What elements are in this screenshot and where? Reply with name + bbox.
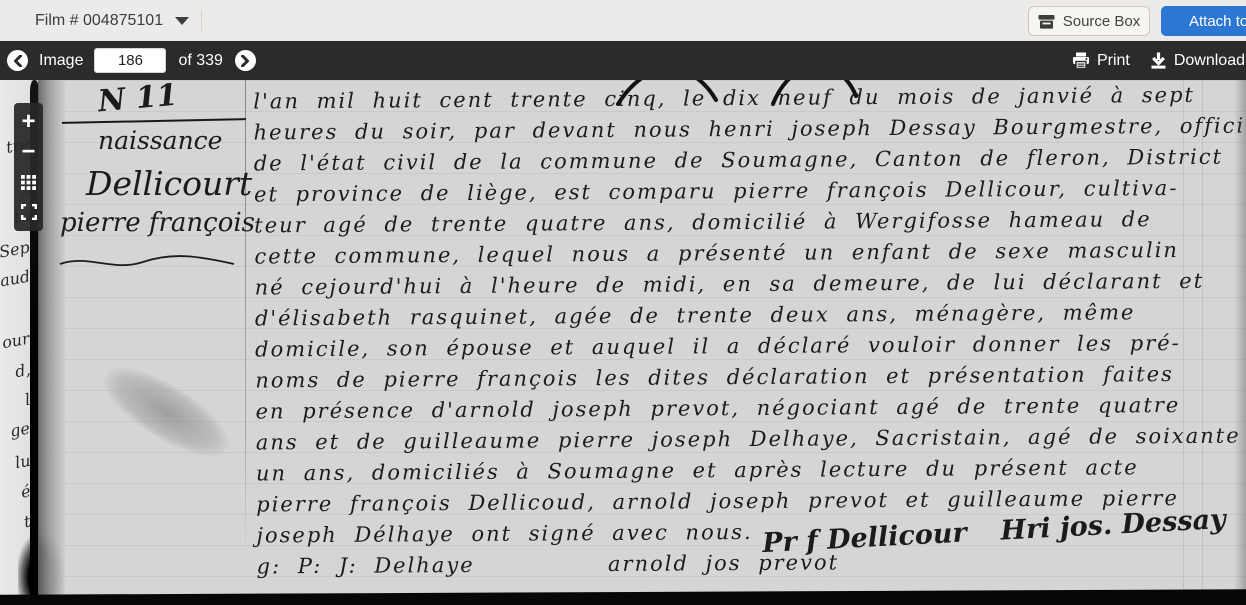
edge-fragment: ge bbox=[9, 418, 32, 440]
download-icon bbox=[1150, 52, 1167, 69]
margin-rule-line bbox=[62, 118, 246, 124]
attach-to-label: Attach to bbox=[1189, 13, 1246, 30]
record-line: g: P: J: Delhaye arnold jos prevot bbox=[257, 545, 1245, 583]
fullscreen-button[interactable] bbox=[14, 197, 43, 227]
edge-fragment: our bbox=[1, 329, 31, 353]
act-number: N 11 bbox=[97, 80, 179, 119]
minus-icon: − bbox=[21, 140, 35, 164]
download-label: Download bbox=[1174, 52, 1245, 70]
source-box-icon bbox=[1038, 14, 1055, 29]
next-image-button[interactable] bbox=[235, 50, 256, 71]
document-image[interactable]: tre g ta Sep aud our d, l ge lu é t N 11… bbox=[0, 80, 1246, 605]
edge-fragment: Sep bbox=[0, 237, 31, 261]
film-selector[interactable]: Film # 004875101 bbox=[35, 0, 189, 41]
page-right-edge-shade bbox=[1234, 80, 1246, 605]
grid-icon bbox=[21, 175, 36, 190]
edge-fragment: aud bbox=[0, 267, 31, 291]
thumbnail-grid-button[interactable] bbox=[14, 167, 43, 197]
image-viewer-window: Film # 004875101 Source Box Attach to Im… bbox=[0, 0, 1246, 605]
margin-underline-flourish bbox=[58, 252, 238, 274]
chevron-left-icon bbox=[13, 55, 23, 67]
toolbar-right-group: Print Download bbox=[1072, 52, 1245, 70]
image-number-input[interactable] bbox=[94, 48, 166, 73]
plus-icon: + bbox=[21, 110, 35, 134]
fullscreen-icon bbox=[21, 204, 37, 220]
margin-surname: Dellicourt bbox=[86, 164, 252, 203]
caret-down-icon bbox=[175, 17, 189, 25]
record-text: l'an mil huit cent trente cinq, le dix n… bbox=[253, 80, 1244, 582]
record-type-label: naissance bbox=[98, 126, 222, 155]
image-count-label: of 339 bbox=[178, 52, 222, 70]
zoom-control-panel: + − bbox=[14, 103, 43, 231]
ink-smudge bbox=[93, 353, 239, 471]
margin-column-rule bbox=[245, 80, 246, 560]
topbar-divider bbox=[201, 10, 202, 31]
printer-icon bbox=[1072, 52, 1090, 69]
film-number-label: Film # 004875101 bbox=[35, 12, 163, 30]
zoom-in-button[interactable]: + bbox=[14, 107, 43, 137]
top-bar: Film # 004875101 Source Box Attach to bbox=[0, 0, 1246, 41]
download-button[interactable]: Download bbox=[1150, 52, 1245, 70]
image-label: Image bbox=[39, 52, 83, 70]
previous-image-button[interactable] bbox=[7, 50, 28, 71]
zoom-out-button[interactable]: − bbox=[14, 137, 43, 167]
source-box-button[interactable]: Source Box bbox=[1028, 6, 1150, 36]
page-bottom-edge bbox=[0, 589, 1246, 605]
print-button[interactable]: Print bbox=[1072, 52, 1130, 70]
print-label: Print bbox=[1097, 52, 1130, 70]
edge-fragment: lu bbox=[13, 451, 31, 472]
margin-given-names: pierre françois bbox=[60, 208, 255, 238]
source-box-label: Source Box bbox=[1063, 13, 1141, 30]
attach-to-button[interactable]: Attach to bbox=[1161, 6, 1246, 36]
image-nav-toolbar: Image of 339 Print Download bbox=[0, 41, 1246, 80]
chevron-right-icon bbox=[240, 55, 250, 67]
edge-fragment: d, bbox=[13, 360, 31, 381]
